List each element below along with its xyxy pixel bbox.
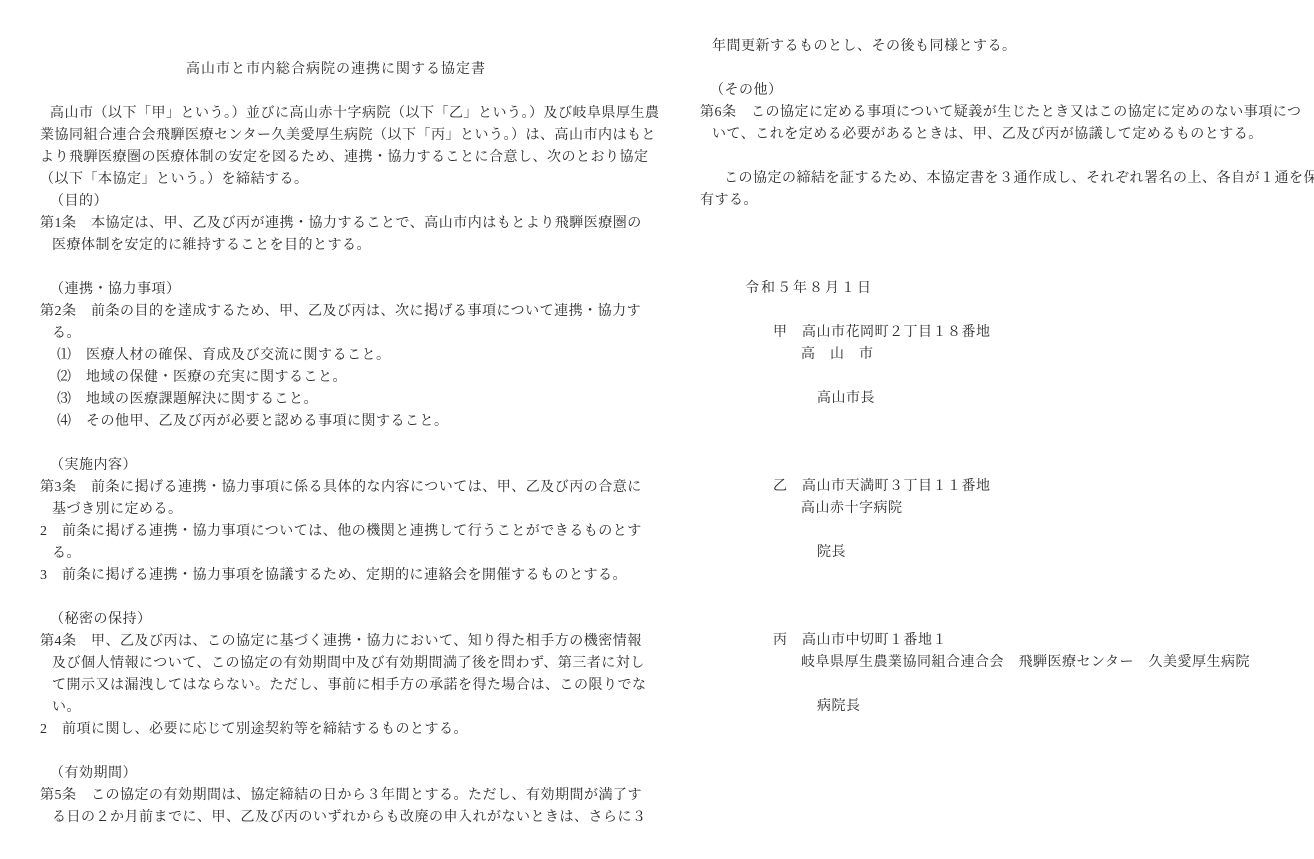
document-line: 第6条 この協定に定める事項について疑義が生じたとき又はこの協定に定めのない事項…	[700, 102, 1314, 124]
blank-line	[40, 257, 654, 279]
document-line: より飛騨医療圏の医療体制の安定を図るため、連携・協力することに合意し、次のとおり…	[40, 147, 654, 169]
signatory-name-line: 岐阜県厚生農業協同組合連合会 飛騨医療センター 久美愛厚生病院	[700, 652, 1314, 674]
section-heading: （秘密の保持）	[40, 609, 654, 631]
document-line: 高山市（以下「甲」という。）並びに高山赤十字病院（以下「乙」という。）及び岐阜県…	[40, 103, 654, 125]
signatory-title-line: 病院長	[700, 696, 1314, 718]
document-line: 第2条 前条の目的を達成するため、甲、乙及び丙は、次に掲げる事項について連携・協…	[40, 301, 654, 323]
document-line: ⑵ 地域の保健・医療の充実に関すること。	[40, 367, 654, 389]
document-title: 高山市と市内総合病院の連携に関する協定書	[40, 59, 632, 81]
page-right: 年間更新するものとし、その後も同様とする。（その他）第6条 この協定に定める事項…	[700, 36, 1314, 718]
page-left: 高山市と市内総合病院の連携に関する協定書高山市（以下「甲」という。）並びに高山赤…	[40, 59, 654, 829]
blank-line	[700, 146, 1314, 168]
blank-line	[700, 454, 1314, 476]
blank-line	[40, 741, 654, 763]
blank-line	[700, 256, 1314, 278]
document-line: 2 前条に掲げる連携・協力事項については、他の機関と連携して行うことができるもの…	[40, 521, 654, 543]
document-line: る日の２か月前までに、甲、乙及び丙のいずれからも改廃の申入れがないときは、さらに…	[40, 807, 654, 829]
blank-line	[700, 608, 1314, 630]
signatory-title-line: 高山市長	[700, 388, 1314, 410]
signatory-name-line: 高 山 市	[700, 344, 1314, 366]
blank-line	[700, 300, 1314, 322]
signatory-name-line: 高山赤十字病院	[700, 498, 1314, 520]
document-line: い。	[40, 697, 654, 719]
blank-line	[40, 81, 654, 103]
document-line: ⑶ 地域の医療課題解決に関すること。	[40, 389, 654, 411]
document-line: 業協同組合連合会飛騨医療センター久美愛厚生病院（以下「丙」という。）は、高山市内…	[40, 125, 654, 147]
document-line: る。	[40, 323, 654, 345]
document-line: て開示又は漏洩してはならない。ただし、事前に相手方の承諾を得た場合は、この限りで…	[40, 675, 654, 697]
signatory-address-line: 丙 高山市中切町１番地１	[700, 630, 1314, 652]
document-line: 3 前条に掲げる連携・協力事項を協議するため、定期的に連絡会を開催するものとする…	[40, 565, 654, 587]
document-line: 及び個人情報について、この協定の有効期間中及び有効期間満了後を問わず、第三者に対…	[40, 653, 654, 675]
document-line: 第5条 この協定の有効期間は、協定締結の日から３年間とする。ただし、有効期間が満…	[40, 785, 654, 807]
document-line: ⑷ その他甲、乙及び丙が必要と認める事項に関すること。	[40, 411, 654, 433]
document-line: （以下「本協定」という。）を締結する。	[40, 169, 654, 191]
section-heading: （その他）	[700, 80, 1314, 102]
document-line: 有する。	[700, 190, 1314, 212]
blank-line	[700, 674, 1314, 696]
document-line: 年間更新するものとし、その後も同様とする。	[700, 36, 1314, 58]
blank-line	[40, 587, 654, 609]
document-line: る。	[40, 543, 654, 565]
document-line: 第3条 前条に掲げる連携・協力事項に係る具体的な内容については、甲、乙及び丙の合…	[40, 477, 654, 499]
blank-line	[700, 366, 1314, 388]
blank-line	[40, 433, 654, 455]
blank-line	[700, 520, 1314, 542]
section-heading: （目的）	[40, 191, 654, 213]
blank-line	[700, 432, 1314, 454]
blank-line	[700, 586, 1314, 608]
section-heading: （有効期間）	[40, 763, 654, 785]
blank-line	[700, 410, 1314, 432]
document-line: いて、これを定める必要があるときは、甲、乙及び丙が協議して定めるものとする。	[700, 124, 1314, 146]
section-heading: （連携・協力事項）	[40, 279, 654, 301]
signatory-address-line: 乙 高山市天満町３丁目１１番地	[700, 476, 1314, 498]
signatory-title-line: 院長	[700, 542, 1314, 564]
blank-line	[700, 212, 1314, 234]
document-line: この協定の締結を証するため、本協定書を３通作成し、それぞれ署名の上、各自が１通を…	[700, 168, 1314, 190]
document-line: 基づき別に定める。	[40, 499, 654, 521]
document-line: 第4条 甲、乙及び丙は、この協定に基づく連携・協力において、知り得た相手方の機密…	[40, 631, 654, 653]
agreement-date: 令和５年８月１日	[700, 278, 1314, 300]
document-line: ⑴ 医療人材の確保、育成及び交流に関すること。	[40, 345, 654, 367]
blank-line	[700, 58, 1314, 80]
section-heading: （実施内容）	[40, 455, 654, 477]
blank-line	[700, 234, 1314, 256]
document-line: 第1条 本協定は、甲、乙及び丙が連携・協力することで、高山市内はもとより飛騨医療…	[40, 213, 654, 235]
document-line: 2 前項に関し、必要に応じて別途契約等を締結するものとする。	[40, 719, 654, 741]
blank-line	[700, 564, 1314, 586]
agreement-document: 高山市と市内総合病院の連携に関する協定書高山市（以下「甲」という。）並びに高山赤…	[0, 0, 1314, 859]
document-line: 医療体制を安定的に維持することを目的とする。	[40, 235, 654, 257]
signatory-address-line: 甲 高山市花岡町２丁目１８番地	[700, 322, 1314, 344]
